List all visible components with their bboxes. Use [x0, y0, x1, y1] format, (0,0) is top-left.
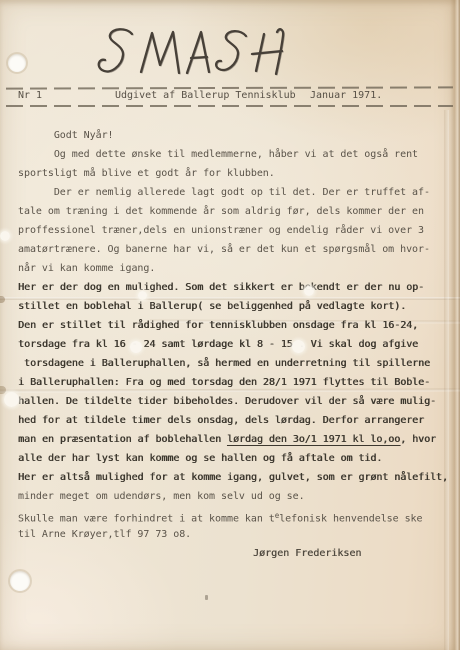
typed-line: proffessionel træner,dels en unionstræne…	[0, 221, 460, 240]
correction-spot	[0, 231, 10, 241]
typed-line: torsdage fra kl 16 - 24 samt lørdage kl …	[0, 335, 460, 354]
issue-number: Nr 1	[18, 90, 42, 101]
correction-spot	[292, 340, 305, 353]
typed-line: sportsligt må blive et godt år for klubb…	[0, 164, 460, 183]
masthead: Nr 1 Udgivet af Ballerup Tennisklub Janu…	[0, 90, 460, 104]
typed-line: Her er der dog en mulighed. Som det sikk…	[0, 278, 460, 297]
typed-line: Den er stillet til rådighed for tenniskl…	[0, 316, 460, 335]
typed-line: Her er altså mulighed for at komme igang…	[0, 468, 460, 487]
typed-line: alle der har lyst kan komme og se hallen…	[0, 449, 460, 468]
typed-line: Skulle man være forhindret i at komme ka…	[0, 506, 460, 525]
correction-spot	[304, 286, 314, 296]
typed-line: minder meget om udendørs, men kom selv u…	[0, 487, 460, 506]
body-text: Godt Nyår! Og med dette ønske til medlem…	[0, 126, 460, 544]
typed-line: man en præsentation af boblehallen lørda…	[0, 430, 460, 449]
newsletter-page: SMASH Nr 1 Udgivet af Ballerup Tennisklu…	[0, 0, 460, 650]
correction-spot	[138, 291, 147, 300]
typed-line: tale om træning i det kommende år som al…	[0, 202, 460, 221]
typed-line: hed for at tildele timer dels onsdag, de…	[0, 411, 460, 430]
typed-line: når vi kan komme igang.	[0, 259, 460, 278]
typed-line: til Arne Krøyer,tlf 97 73 o8.	[0, 525, 460, 544]
punch-hole	[8, 54, 26, 72]
punch-hole	[10, 571, 30, 591]
typed-line: torsdagene i Balleruphallen, så hermed e…	[0, 354, 460, 373]
ink-speck	[205, 595, 208, 600]
masthead-rule-bottom	[6, 105, 453, 107]
typed-line: hallen. De tildelte tider bibeholdes. De…	[0, 392, 460, 411]
correction-spot	[4, 392, 19, 407]
typed-line: amatørtrænere. Og banerne har vi, så er …	[0, 240, 460, 259]
masthead-title-graphic	[86, 24, 298, 82]
typed-line: Godt Nyår!	[0, 126, 460, 145]
typed-line: stillet en boblehal i Ballerup( se belig…	[0, 297, 460, 316]
correction-spot	[130, 341, 142, 353]
page-right-edge	[450, 0, 460, 650]
publisher-line: Udgivet af Ballerup Tennisklub	[115, 90, 296, 101]
signature: Jørgen Frederiksen	[253, 548, 361, 559]
issue-date: Januar 1971.	[310, 90, 382, 101]
typed-line: i Balleruphallen: Fra og med torsdag den…	[0, 373, 460, 392]
typed-line: Og med dette ønske til medlemmerne, håbe…	[0, 145, 460, 164]
typed-line: Der er nemlig allerede lagt godt op til …	[0, 183, 460, 202]
